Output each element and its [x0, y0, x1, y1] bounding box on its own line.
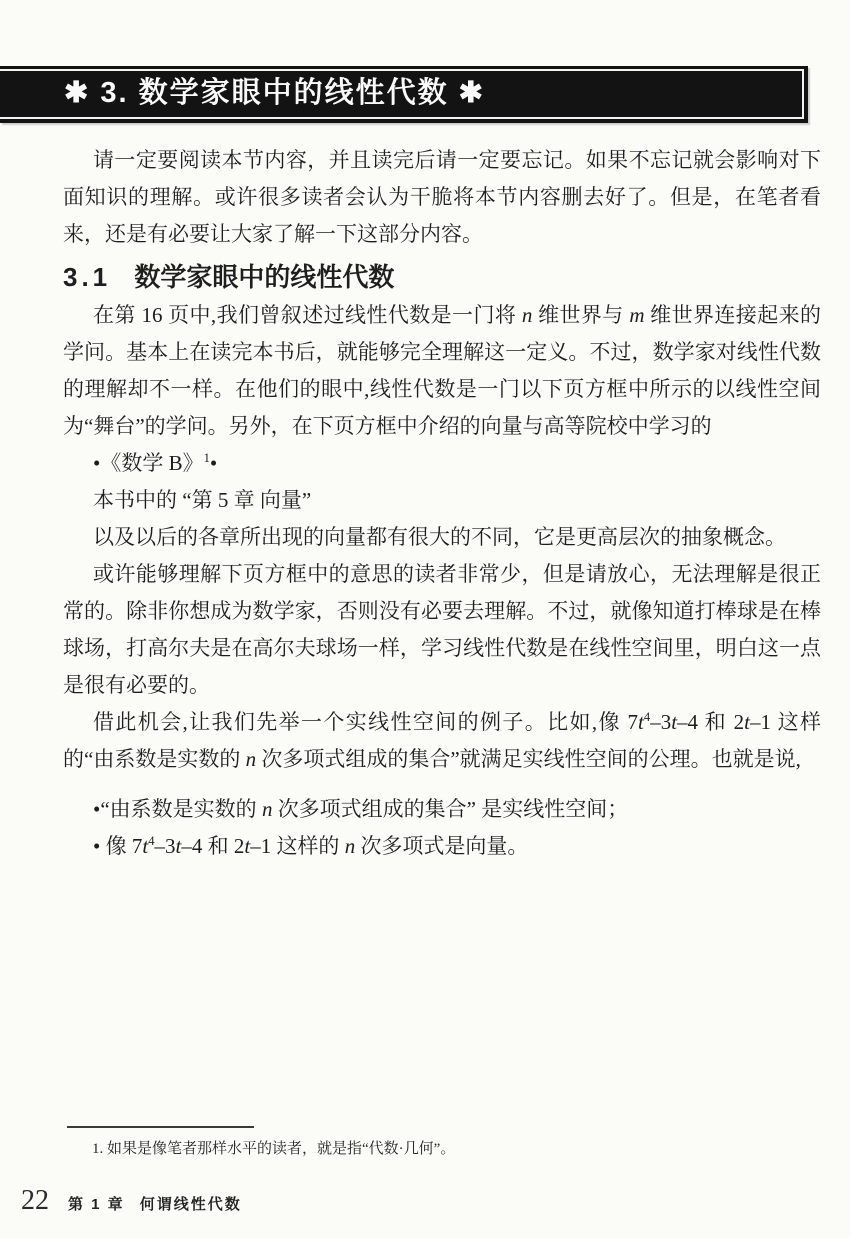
section-title: 数学家眼中的线性代数 [134, 262, 394, 292]
paragraph-intro: 请一定要阅读本节内容，并且读完后请一定要忘记。如果不忘记就会影响对下面知识的理解… [63, 142, 821, 253]
page-number: 22 [21, 1186, 49, 1216]
footer-chapter-label: 第 1 章 [68, 1193, 125, 1214]
chapter-banner-frame: ✱ 3. 数学家眼中的线性代数 ✱ [0, 69, 804, 119]
paragraph-definition: 在第 16 页中,我们曾叙述过线性代数是一门将 n 维世界与 m 维世界连接起来… [63, 297, 821, 445]
footnote-divider [67, 1126, 254, 1128]
line-vector-difference: 以及以后的各章所出现的向量都有很大的不同，它是更高层次的抽象概念。 [63, 519, 821, 556]
bullet-item-polynomial-set: •“由系数是实数的 n 次多项式组成的集合” 是实线性空间； [63, 791, 821, 828]
footnote: 1. 如果是像笔者那样水平的读者，就是指“代数·几何”。 [63, 1126, 783, 1160]
book-page: ✱ 3. 数学家眼中的线性代数 ✱ 请一定要阅读本节内容，并且读完后请一定要忘记… [0, 0, 850, 1238]
page-footer: 22 第 1 章 何谓线性代数 [21, 1186, 242, 1216]
chapter-banner-title: ✱ 3. 数学家眼中的线性代数 ✱ [64, 77, 485, 109]
paragraph-example: 借此机会,让我们先举一个实线性空间的例子。比如,像 7t4–3t–4 和 2t–… [63, 704, 821, 778]
section-heading: 3.1 数学家眼中的线性代数 [63, 259, 821, 295]
paragraph-reassurance: 或许能够理解下页方框中的意思的读者非常少，但是请放心，无法理解是很正常的。除非你… [63, 556, 821, 704]
chapter-banner: ✱ 3. 数学家眼中的线性代数 ✱ [0, 66, 808, 123]
footnote-text: 1. 如果是像笔者那样水平的读者，就是指“代数·几何”。 [63, 1139, 783, 1160]
page-content: 请一定要阅读本节内容，并且读完后请一定要忘记。如果不忘记就会影响对下面知识的理解… [63, 142, 821, 865]
bullet-list: •“由系数是实数的 n 次多项式组成的集合” 是实线性空间； • 像 7t4–3… [63, 791, 821, 865]
line-chapter5-reference: 本书中的 “第 5 章 向量” [63, 482, 821, 519]
footer-chapter-title: 何谓线性代数 [140, 1193, 242, 1214]
section-number: 3.1 [63, 262, 111, 292]
bullet-item-polynomial-vector: • 像 7t4–3t–4 和 2t–1 这样的 n 次多项式是向量。 [63, 828, 821, 865]
line-math-b-reference: •《数学 B》1• [63, 445, 821, 482]
